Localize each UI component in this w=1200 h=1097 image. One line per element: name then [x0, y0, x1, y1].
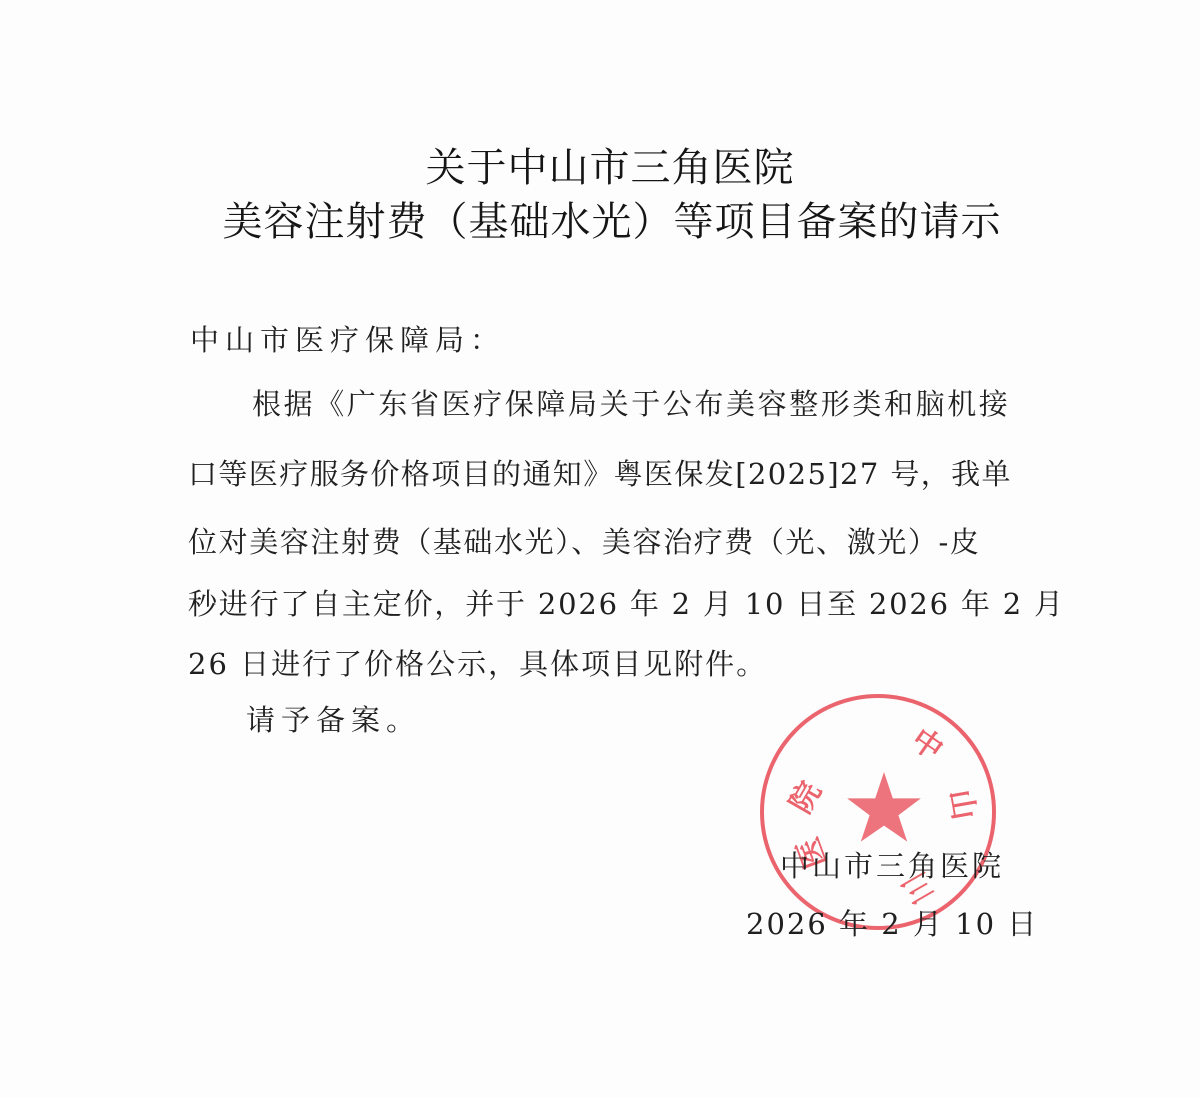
- seal-char-zhong: 中: [904, 715, 954, 768]
- seal-char-yuan: 院: [776, 772, 829, 820]
- closing-request: 请予备案。: [246, 698, 421, 739]
- document-page: 关于中山市三角医院 美容注射费（基础水光）等项目备案的请示 中山市医疗保障局： …: [0, 0, 1200, 1097]
- star-icon: [844, 768, 924, 848]
- seal-char-shan: 山: [941, 785, 990, 822]
- body-line-1: 根据《广东省医疗保障局关于公布美容整形类和脑机接: [252, 382, 1010, 423]
- signature-date: 2026 年 2 月 10 日: [746, 902, 1038, 943]
- body-line-2: 口等医疗服务价格项目的通知》粤医保发[2025]27 号，我单: [188, 452, 1012, 493]
- salutation: 中山市医疗保障局：: [190, 318, 505, 359]
- body-line-3: 位对美容注射费（基础水光）、美容治疗费（光、激光）-皮: [188, 520, 981, 561]
- official-seal: 中 山 三 院 医: [760, 694, 996, 930]
- signature-organization: 中山市三角医院: [780, 844, 1004, 885]
- document-title-line-2: 美容注射费（基础水光）等项目备案的请示: [12, 190, 1200, 247]
- document-title-line-1: 关于中山市三角医院: [10, 136, 1200, 193]
- body-line-4: 秒进行了自主定价，并于 2026 年 2 月 10 日至 2026 年 2 月: [188, 582, 1065, 623]
- body-line-5: 26 日进行了价格公示，具体项目见附件。: [188, 642, 767, 683]
